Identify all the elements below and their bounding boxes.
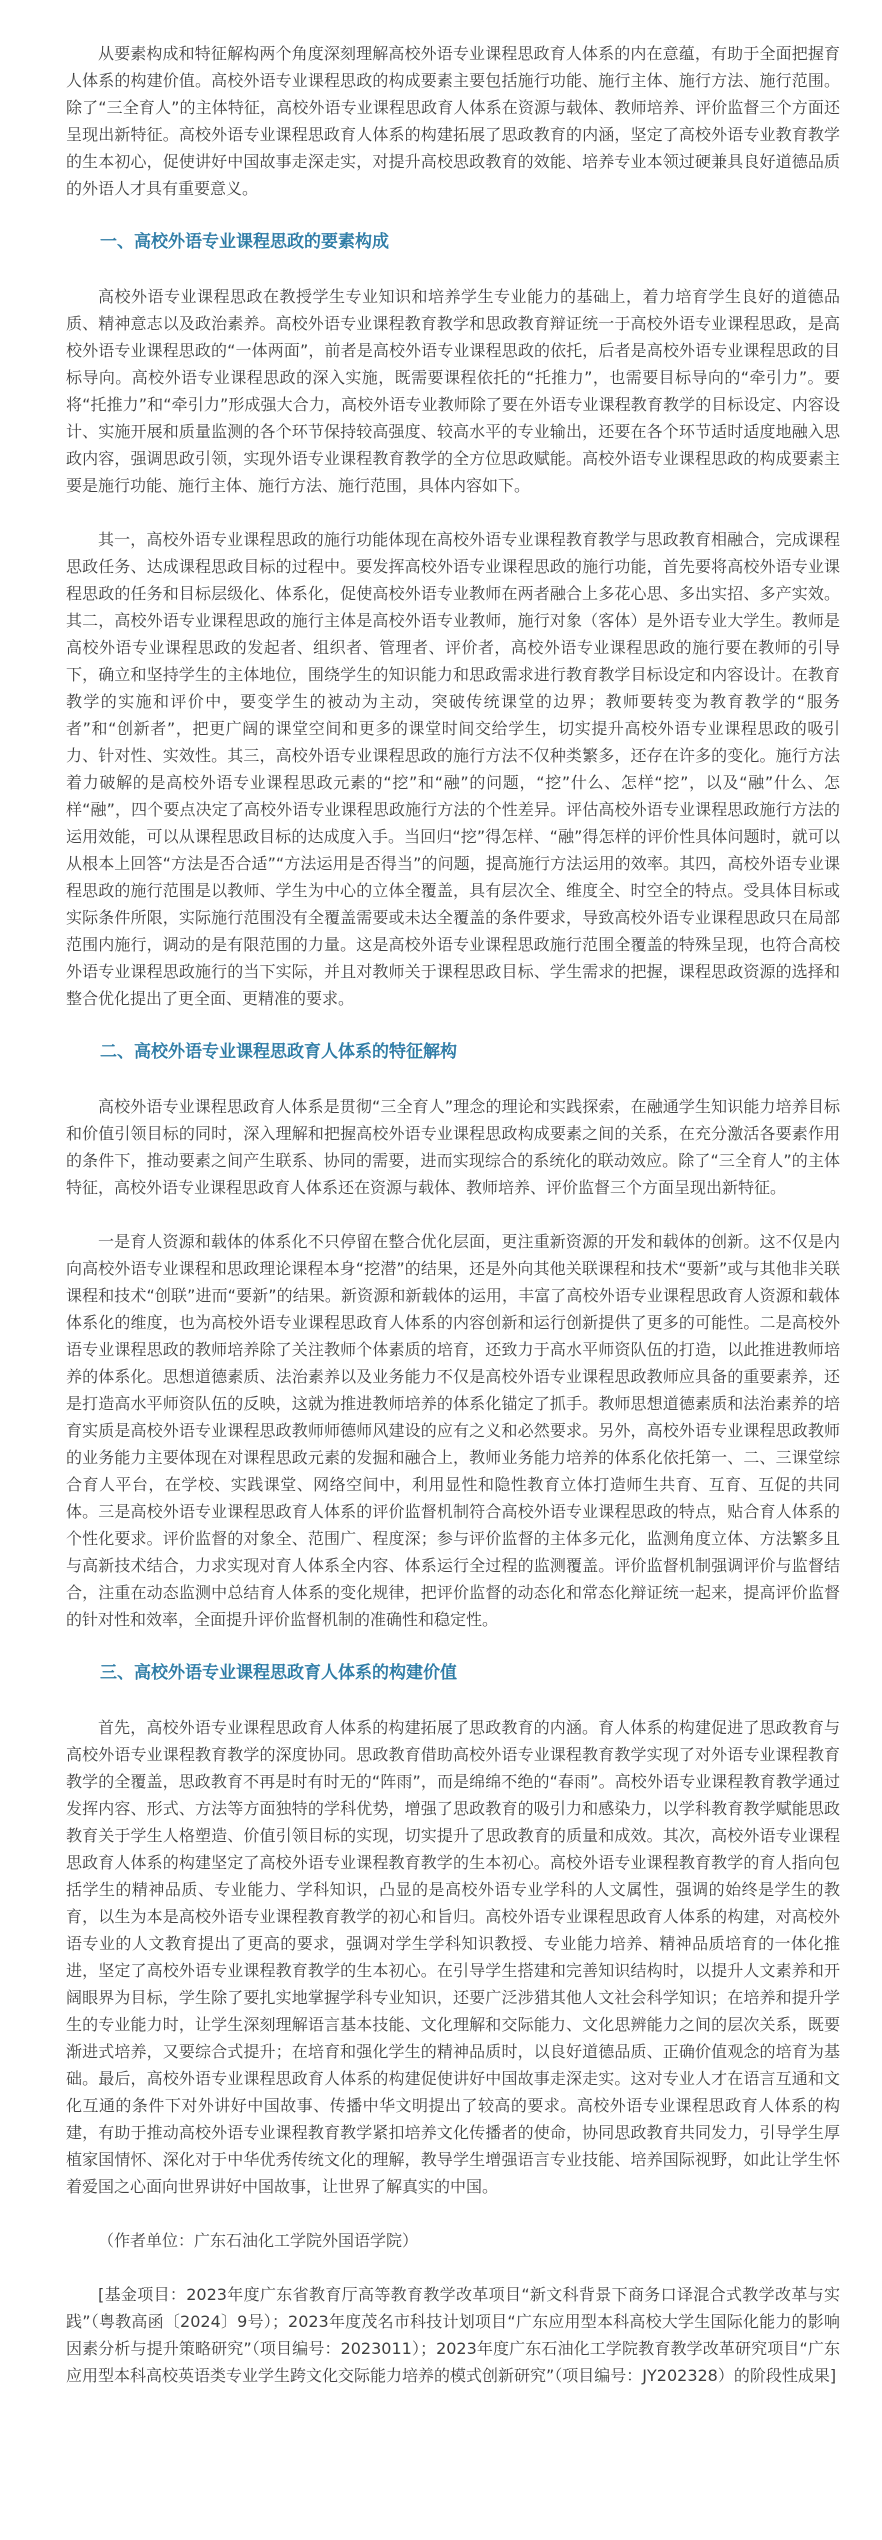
article-paragraph: 其一，高校外语专业课程思政的施行功能体现在高校外语专业课程教育教学与思政教育相融…	[66, 526, 840, 1012]
funding-note: [基金项目：2023年度广东省教育厅高等教育教学改革项目“新文科背景下商务口译混…	[66, 2281, 840, 2389]
article-paragraph: 一是育人资源和载体的体系化不只停留在整合优化层面，更注重新资源的开发和载体的创新…	[66, 1228, 840, 1633]
section-heading: 二、高校外语专业课程思政育人体系的特征解构	[66, 1039, 840, 1066]
section-heading: 一、高校外语专业课程思政的要素构成	[66, 229, 840, 256]
article-paragraph: 首先，高校外语专业课程思政育人体系的构建拓展了思政教育的内涵。育人体系的构建促进…	[66, 1714, 840, 2200]
article-paragraph: 高校外语专业课程思政育人体系是贯彻“三全育人”理念的理论和实践探索，在融通学生知…	[66, 1093, 840, 1201]
article-paragraph: 从要素构成和特征解构两个角度深刻理解高校外语专业课程思政育人体系的内在意蕴，有助…	[66, 40, 840, 202]
article-body: 从要素构成和特征解构两个角度深刻理解高校外语专业课程思政育人体系的内在意蕴，有助…	[0, 0, 882, 2446]
article-paragraph: 高校外语专业课程思政在教授学生专业知识和培养学生专业能力的基础上，着力培育学生良…	[66, 283, 840, 499]
author-affiliation: （作者单位：广东石油化工学院外国语学院）	[66, 2227, 840, 2254]
section-heading: 三、高校外语专业课程思政育人体系的构建价值	[66, 1660, 840, 1687]
